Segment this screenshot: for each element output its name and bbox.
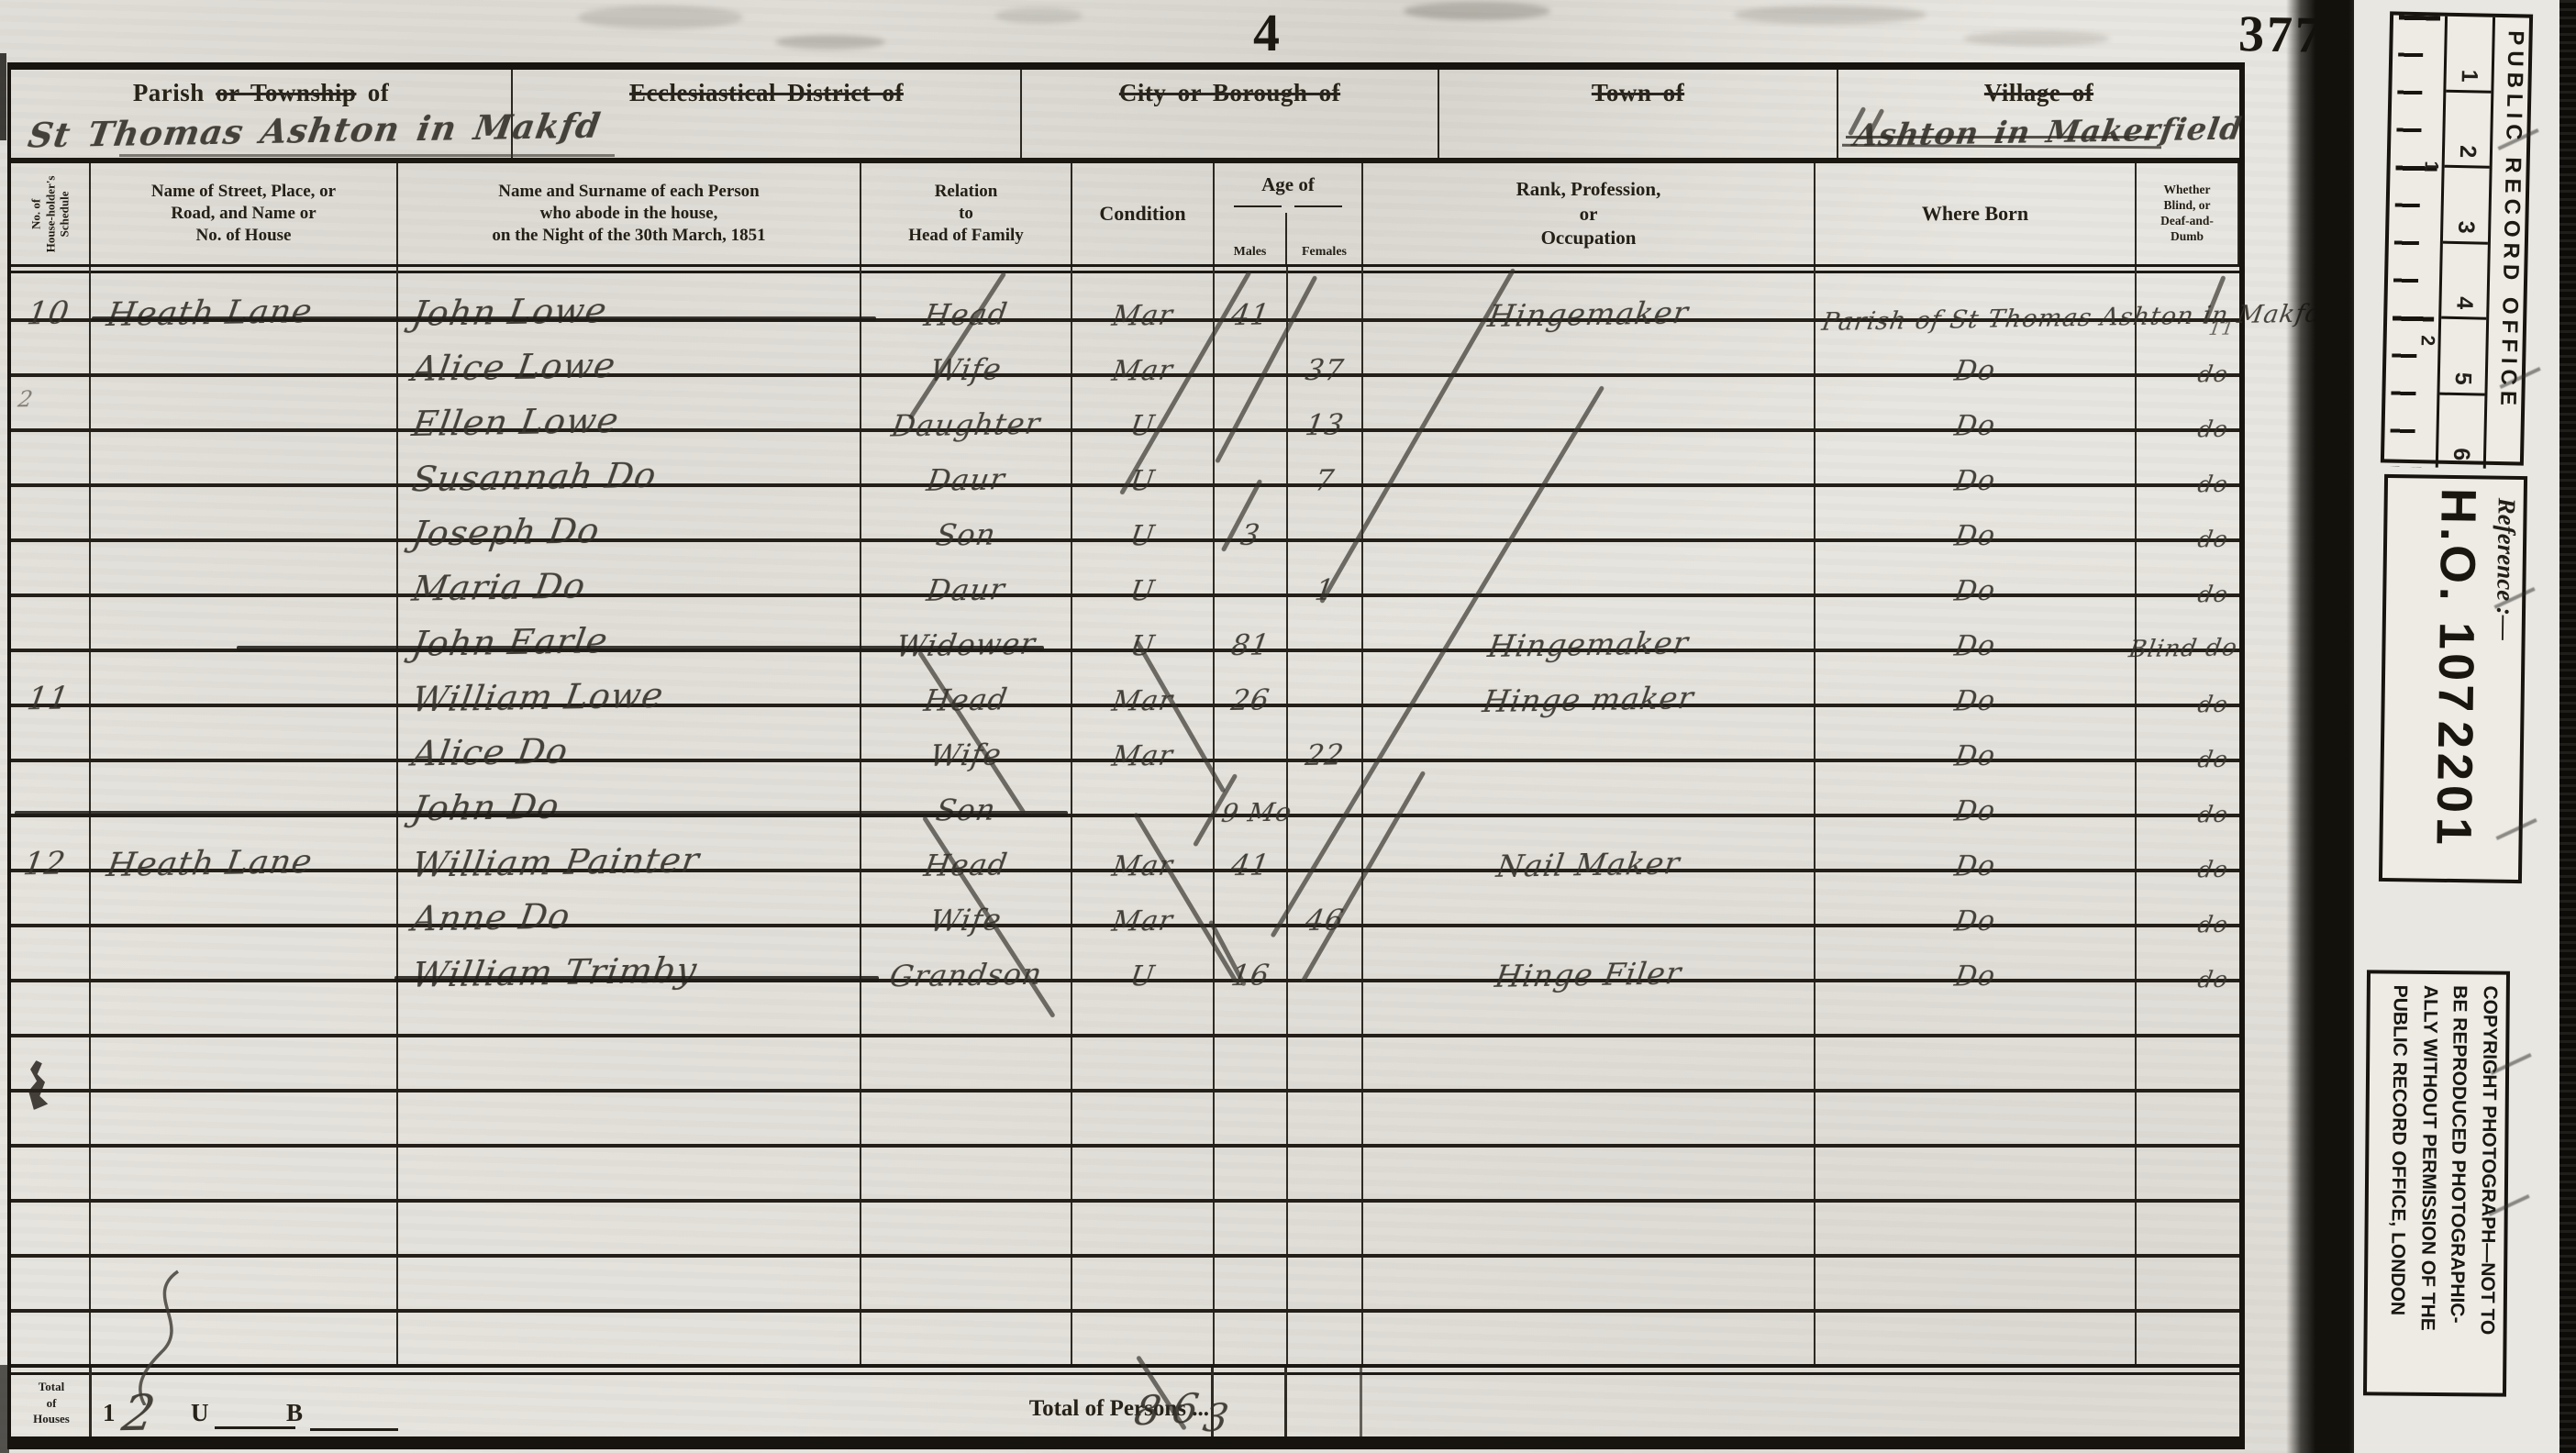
table-row: Joseph Do Son U 3 Do do bbox=[11, 487, 2239, 542]
street-header-line: Road, and Name or bbox=[171, 203, 316, 225]
infirm-header-line: Whether bbox=[2164, 183, 2211, 198]
copyright-line: BE REPRODUCED PHOTOGRAPHIC- bbox=[2441, 985, 2474, 1389]
building-rule bbox=[310, 1428, 398, 1431]
household-end-line bbox=[237, 646, 1044, 651]
page-number-stamp: 4 bbox=[1253, 2, 1282, 63]
table-row-empty bbox=[11, 1258, 2239, 1313]
pro-copyright-box: COPYRIGHT PHOTOGRAPH—NOT TO BE REPRODUCE… bbox=[2363, 970, 2510, 1396]
scale-number: 5 bbox=[2439, 316, 2486, 394]
paper-smudge bbox=[995, 7, 1083, 24]
table-row: 12 Heath Lane William Painter Head Mar 4… bbox=[11, 817, 2239, 872]
col-header-street: Name of Street, Place, or Road, and Name… bbox=[91, 163, 398, 264]
paper-smudge bbox=[1734, 6, 1926, 24]
paper-smudge bbox=[1963, 31, 2110, 46]
col-header-infirm: Whether Blind, or Deaf-and- Dumb bbox=[2137, 163, 2239, 264]
infirm-header-line: Blind, or bbox=[2163, 198, 2210, 214]
paper-smudge bbox=[775, 35, 885, 50]
street-header-line: Name of Street, Place, or bbox=[151, 181, 336, 203]
table-row: Maria Do Daur U 1 Do do bbox=[11, 542, 2239, 597]
scale-number: 4 bbox=[2441, 240, 2488, 317]
copyright-line: ALLY WITHOUT PERMISSION OF THE bbox=[2411, 985, 2444, 1389]
ecclesiastical-label: Ecclesiastical District of bbox=[629, 79, 904, 106]
edge-shadow bbox=[0, 53, 6, 140]
table-row-blank bbox=[11, 1313, 2239, 1364]
males-header-label: Males bbox=[1215, 213, 1287, 264]
town-label: Town of bbox=[1592, 79, 1684, 106]
name-header-line: who abode in the house, bbox=[540, 203, 718, 225]
age-header-label: Age of bbox=[1261, 163, 1315, 205]
parish-label-post: of bbox=[368, 79, 390, 106]
table-row-empty bbox=[11, 982, 2239, 1037]
col-header-occupation: Rank, Profession, or Occupation bbox=[1363, 163, 1815, 264]
uninhabited-rule bbox=[215, 1426, 295, 1429]
city-header-cell: City or Borough of bbox=[1022, 70, 1439, 158]
table-row-empty bbox=[11, 1037, 2239, 1093]
scale-inch-number: 1 bbox=[2420, 161, 2442, 172]
table-row: 2 Ellen Lowe Daughter U 13 Do do bbox=[11, 377, 2239, 432]
city-label: City or Borough of bbox=[1119, 79, 1340, 106]
totals-age-divider bbox=[1284, 1368, 1287, 1436]
paper-smudge bbox=[1404, 2, 1550, 20]
table-row: 10 Heath Lane John Lowe Head Mar 41 Hing… bbox=[11, 267, 2239, 322]
village-header-cell: Village of Ashton in Makerfield bbox=[1838, 70, 2239, 158]
table-row: John Earle Widower U 81 Hingemaker Do Bl… bbox=[11, 597, 2239, 652]
table-row-empty bbox=[11, 1203, 2239, 1258]
ecclesiastical-header-cell: Ecclesiastical District of bbox=[513, 70, 1022, 158]
age-header-rules bbox=[1234, 205, 1342, 207]
total-houses-label: Total of Houses bbox=[15, 1379, 88, 1427]
town-header-cell: Town of bbox=[1439, 70, 1838, 158]
scale-number: 1 bbox=[2446, 17, 2493, 91]
scale-inch-number: 2 bbox=[2416, 335, 2438, 346]
village-strike-line bbox=[1846, 136, 2158, 139]
schedule-header-line: Schedule bbox=[57, 166, 72, 261]
paper-smudge bbox=[578, 6, 743, 29]
household-end-line bbox=[394, 976, 879, 982]
household-end-line bbox=[15, 811, 1068, 817]
table-row-empty bbox=[11, 1148, 2239, 1203]
scale-number: 3 bbox=[2443, 165, 2490, 242]
females-header-label: Females bbox=[1287, 213, 1361, 264]
table-row: William Trimby Grandson U 16 Hinge Filer… bbox=[11, 927, 2239, 982]
reference-series: H.O. 107 bbox=[2426, 488, 2486, 716]
table-row: Alice Do Wife Mar 22 Do do bbox=[11, 707, 2239, 762]
born-header-label: Where Born bbox=[1922, 201, 2028, 227]
table-row: John Do Son 9 Mo Do do bbox=[11, 762, 2239, 817]
parish-label-struck: or Township bbox=[216, 79, 356, 106]
census-table: Parish or Township of St Thomas Ashton i… bbox=[7, 62, 2245, 1449]
reference-piece: 2201 bbox=[2425, 720, 2483, 849]
table-row-empty bbox=[11, 1093, 2239, 1148]
schedule-header-line: No. of bbox=[28, 166, 43, 261]
form-header-band: Parish or Township of St Thomas Ashton i… bbox=[11, 70, 2239, 163]
totals-divider bbox=[89, 1368, 92, 1436]
scale-number: 2 bbox=[2445, 89, 2492, 166]
table-row: Anne Do Wife Mar 46 Do do bbox=[11, 872, 2239, 927]
pro-reference-box: Reference :— H.O. 107 2201 bbox=[2379, 474, 2527, 883]
film-edge bbox=[2559, 0, 2576, 1453]
schedule-margin-mark: 2 bbox=[17, 386, 36, 412]
copyright-line: PUBLIC RECORD OFFICE, LONDON bbox=[2382, 985, 2415, 1389]
col-header-relation: Relation to Head of Family bbox=[861, 163, 1072, 264]
parish-header-cell: Parish or Township of St Thomas Ashton i… bbox=[11, 70, 513, 158]
col-header-age: Age of Males Females bbox=[1215, 163, 1363, 264]
condition-header-label: Condition bbox=[1099, 201, 1185, 227]
totals-inner-rule bbox=[11, 1372, 2239, 1375]
copyright-line: COPYRIGHT PHOTOGRAPH—NOT TO bbox=[2471, 985, 2504, 1389]
relation-header-line: Relation bbox=[935, 181, 998, 203]
building-label: B bbox=[286, 1399, 303, 1427]
edge-annotation: 11 bbox=[2207, 317, 2236, 339]
col-header-schedule: No. of House-holder's Schedule bbox=[11, 163, 91, 264]
scale-cm-row: 1 2 3 4 5 6 bbox=[2436, 17, 2493, 469]
occupation-header-line: Occupation bbox=[1541, 226, 1637, 250]
scale-tick-row: 1 2 bbox=[2390, 16, 2445, 468]
column-header-band: No. of House-holder's Schedule Name of S… bbox=[11, 163, 2239, 267]
table-row: 11 William Lowe Head Mar 26 Hinge maker … bbox=[11, 652, 2239, 707]
table-row: Susannah Do Daur U 7 Do do bbox=[11, 432, 2239, 487]
table-row: Alice Lowe Wife Mar 37 Do do bbox=[11, 322, 2239, 377]
totals-age-divider bbox=[1360, 1368, 1362, 1436]
col-header-condition: Condition bbox=[1072, 163, 1215, 264]
street-header-line: No. of House bbox=[196, 225, 292, 247]
parish-label-pre: Parish bbox=[133, 79, 205, 106]
pro-scale-box: PUBLIC RECORD OFFICE 1 2 3 4 5 6 1 2 bbox=[2381, 11, 2533, 465]
relation-header-line: to bbox=[959, 203, 973, 225]
pen-flourish bbox=[117, 1268, 200, 1405]
occupation-header-line: Rank, Profession, bbox=[1516, 177, 1661, 202]
scale-number: 6 bbox=[2438, 392, 2485, 469]
name-header-line: on the Night of the 30th March, 1851 bbox=[492, 225, 765, 247]
col-header-born: Where Born bbox=[1815, 163, 2137, 264]
occupation-header-line: or bbox=[1580, 202, 1598, 227]
household-end-line bbox=[92, 316, 876, 321]
village-label: Village of bbox=[1984, 79, 2093, 106]
census-scan: 4 377 Parish or Township of St Thomas As… bbox=[0, 0, 2576, 1453]
totals-band: Total of Houses 1 2 U B Total of Persons… bbox=[11, 1364, 2239, 1436]
houses-printed-value: 1 bbox=[103, 1399, 116, 1427]
col-header-name: Name and Surname of each Person who abod… bbox=[398, 163, 861, 264]
relation-header-line: Head of Family bbox=[908, 225, 1024, 247]
infirm-header-line: Deaf-and- bbox=[2160, 214, 2214, 229]
infirm-header-line: Dumb bbox=[2171, 229, 2204, 245]
name-header-line: Name and Surname of each Person bbox=[498, 181, 759, 203]
schedule-header-line: House-holder's bbox=[43, 166, 58, 261]
